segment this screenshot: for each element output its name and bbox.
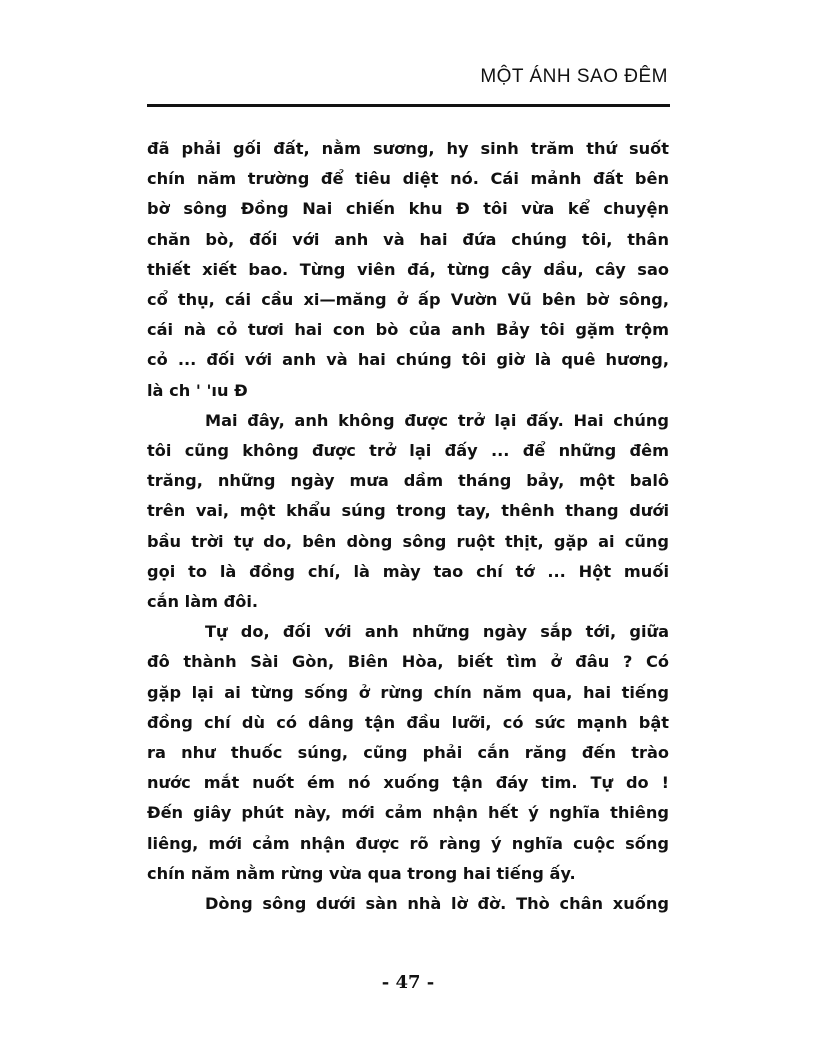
text-line: gọi to là đồng chí, là mày tao chí tớ ..… bbox=[147, 557, 669, 587]
book-page: MỘT ÁNH SAO ĐÊM đã phải gối đất, nằm sươ… bbox=[0, 0, 816, 1056]
paragraph: Tự do, đối với anh những ngày sắp tới, g… bbox=[147, 617, 669, 889]
page-number: - 47 - bbox=[0, 972, 816, 993]
running-header-title: MỘT ÁNH SAO ĐÊM bbox=[480, 66, 668, 88]
body-text: đã phải gối đất, nằm sương, hy sinh trăm… bbox=[147, 134, 669, 919]
text-line: cỏ ... đối với anh và hai chúng tôi giờ … bbox=[147, 345, 669, 375]
text-line: gặp lại ai từng sống ở rừng chín năm qua… bbox=[147, 678, 669, 708]
text-line: cắn làm đôi. bbox=[147, 587, 669, 617]
text-line: chín năm trường để tiêu diệt nó. Cái mản… bbox=[147, 164, 669, 194]
text-line: trên vai, một khẩu súng trong tay, thênh… bbox=[147, 496, 669, 526]
text-line: chăn bò, đối với anh và hai đứa chúng tô… bbox=[147, 225, 669, 255]
header-rule bbox=[147, 104, 670, 107]
text-line: bầu trời tự do, bên dòng sông ruột thịt,… bbox=[147, 527, 669, 557]
paragraph: Dòng sông dưới sàn nhà lờ đờ. Thò chân x… bbox=[147, 889, 669, 919]
text-line: cái nà cỏ tươi hai con bò của anh Bảy tô… bbox=[147, 315, 669, 345]
text-line: thiết xiết bao. Từng viên đá, từng cây d… bbox=[147, 255, 669, 285]
text-line: đồng chí dù có dâng tận đầu lưỡi, có sức… bbox=[147, 708, 669, 738]
text-line: Mai đây, anh không được trở lại đấy. Hai… bbox=[147, 406, 669, 436]
text-line: liêng, mới cảm nhận được rõ ràng ý nghĩa… bbox=[147, 829, 669, 859]
text-line: trăng, những ngày mưa dầm tháng bảy, một… bbox=[147, 466, 669, 496]
text-line: tôi cũng không được trở lại đấy ... để n… bbox=[147, 436, 669, 466]
paragraph: đã phải gối đất, nằm sương, hy sinh trăm… bbox=[147, 134, 669, 406]
text-line: Tự do, đối với anh những ngày sắp tới, g… bbox=[147, 617, 669, 647]
text-line: ra như thuốc súng, cũng phải cắn răng đế… bbox=[147, 738, 669, 768]
text-line: cổ thụ, cái cầu xi—măng ở ấp Vườn Vũ bên… bbox=[147, 285, 669, 315]
text-line: nước mắt nuốt ém nó xuống tận đáy tim. T… bbox=[147, 768, 669, 798]
text-line: bờ sông Đồng Nai chiến khu Đ tôi vừa kể … bbox=[147, 194, 669, 224]
text-line: Dòng sông dưới sàn nhà lờ đờ. Thò chân x… bbox=[147, 889, 669, 919]
paragraph: Mai đây, anh không được trở lại đấy. Hai… bbox=[147, 406, 669, 617]
text-line: là ch ' 'ıu Đ bbox=[147, 376, 669, 406]
text-line: đã phải gối đất, nằm sương, hy sinh trăm… bbox=[147, 134, 669, 164]
text-line: đô thành Sài Gòn, Biên Hòa, biết tìm ở đ… bbox=[147, 647, 669, 677]
text-line: chín năm nằm rừng vừa qua trong hai tiến… bbox=[147, 859, 669, 889]
text-line: Đến giây phút này, mới cảm nhận hết ý ng… bbox=[147, 798, 669, 828]
